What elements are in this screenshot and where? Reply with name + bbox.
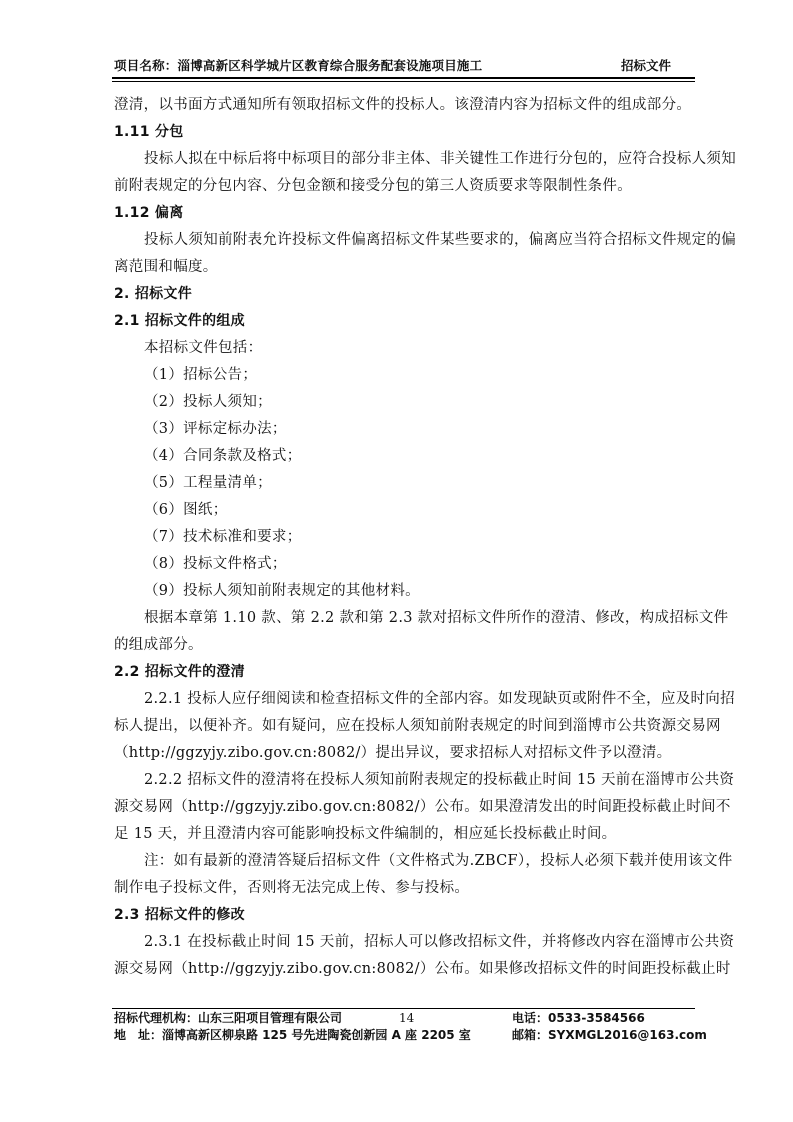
email-address: 邮箱：SYXMGL2016@163.com — [512, 1027, 707, 1044]
page-header: 项目名称：淄博高新区科学城片区教育综合服务配套设施项目施工 招标文件 — [112, 54, 695, 78]
paragraph-first-line: 根据本章第 1.10 款、第 2.2 款和第 2.3 款对招标文件所作的澄清、修… — [114, 605, 698, 632]
section-heading: 2.3 招标文件的修改 — [114, 902, 698, 929]
section-heading: 1.11 分包 — [114, 119, 698, 146]
paragraph-line: 前附表规定的分包内容、分包金额和接受分包的第三人资质要求等限制性条件。 — [114, 173, 698, 200]
header-rule-thin — [112, 81, 695, 82]
list-item: （7）技术标准和要求； — [114, 524, 698, 551]
section-heading: 2. 招标文件 — [114, 281, 698, 308]
page-body: 澄清，以书面方式通知所有领取招标文件的投标人。该澄清内容为招标文件的组成部分。1… — [114, 92, 698, 983]
paragraph-line: 足 15 天，并且澄清内容可能影响投标文件编制的，相应延长投标截止时间。 — [114, 821, 698, 848]
paragraph-line: 制作电子投标文件，否则将无法完成上传、参与投标。 — [114, 875, 698, 902]
agency-name: 招标代理机构：山东三阳项目管理有限公司 — [114, 1010, 342, 1027]
section-heading: 2.2 招标文件的澄清 — [114, 659, 698, 686]
paragraph-first-line: 注：如有最新的澄清答疑后招标文件（文件格式为.ZBCF），投标人必须下载并使用该… — [114, 848, 698, 875]
agency-address: 地 址：淄博高新区柳泉路 125 号先进陶瓷创新园 A 座 2205 室 — [114, 1027, 471, 1044]
footer-row-2: 地 址：淄博高新区柳泉路 125 号先进陶瓷创新园 A 座 2205 室 邮箱：… — [112, 1027, 695, 1044]
phone-number: 电话：0533-3584566 — [512, 1010, 645, 1027]
list-item: （3）评标定标办法； — [114, 416, 698, 443]
list-item: （5）工程量清单； — [114, 470, 698, 497]
paragraph-line: （http://ggzyjy.zibo.gov.cn:8082/）提出异议，要求… — [114, 740, 698, 767]
paragraph-line: 澄清，以书面方式通知所有领取招标文件的投标人。该澄清内容为招标文件的组成部分。 — [114, 92, 698, 119]
list-item: （4）合同条款及格式； — [114, 443, 698, 470]
page-number: 14 — [399, 1010, 414, 1027]
paragraph-first-line: 投标人拟在中标后将中标项目的部分非主体、非关键性工作进行分包的，应符合投标人须知 — [114, 146, 698, 173]
header-rule-thick — [112, 77, 695, 79]
footer-row-1: 招标代理机构：山东三阳项目管理有限公司 14 电话：0533-3584566 — [112, 1010, 695, 1027]
list-item: （6）图纸； — [114, 497, 698, 524]
list-item: （2）投标人须知； — [114, 389, 698, 416]
section-heading: 2.1 招标文件的组成 — [114, 308, 698, 335]
list-item: （1）招标公告； — [114, 362, 698, 389]
list-item: （8）投标文件格式； — [114, 551, 698, 578]
paragraph-first-line: 本招标文件包括： — [114, 335, 698, 362]
document-type: 招标文件 — [621, 56, 671, 74]
paragraph-line: 离范围和幅度。 — [114, 254, 698, 281]
paragraph-line: 标人提出，以便补齐。如有疑问，应在投标人须知前附表规定的时间到淄博市公共资源交易… — [114, 713, 698, 740]
paragraph-line: 源交易网（http://ggzyjy.zibo.gov.cn:8082/）公布。… — [114, 794, 698, 821]
project-title: 项目名称：淄博高新区科学城片区教育综合服务配套设施项目施工 — [114, 56, 482, 74]
paragraph-line: 源交易网（http://ggzyjy.zibo.gov.cn:8082/）公布。… — [114, 956, 698, 983]
paragraph-first-line: 2.3.1 在投标截止时间 15 天前，招标人可以修改招标文件，并将修改内容在淄… — [114, 929, 698, 956]
paragraph-first-line: 2.2.2 招标文件的澄清将在投标人须知前附表规定的投标截止时间 15 天前在淄… — [114, 767, 698, 794]
page-footer: 招标代理机构：山东三阳项目管理有限公司 14 电话：0533-3584566 地… — [112, 1010, 695, 1044]
paragraph-first-line: 投标人须知前附表允许投标文件偏离招标文件某些要求的，偏离应当符合招标文件规定的偏 — [114, 227, 698, 254]
paragraph-line: 的组成部分。 — [114, 632, 698, 659]
list-item: （9）投标人须知前附表规定的其他材料。 — [114, 578, 698, 605]
paragraph-first-line: 2.2.1 投标人应仔细阅读和检查招标文件的全部内容。如发现缺页或附件不全，应及… — [114, 686, 698, 713]
section-heading: 1.12 偏离 — [114, 200, 698, 227]
footer-rule — [112, 1008, 695, 1009]
